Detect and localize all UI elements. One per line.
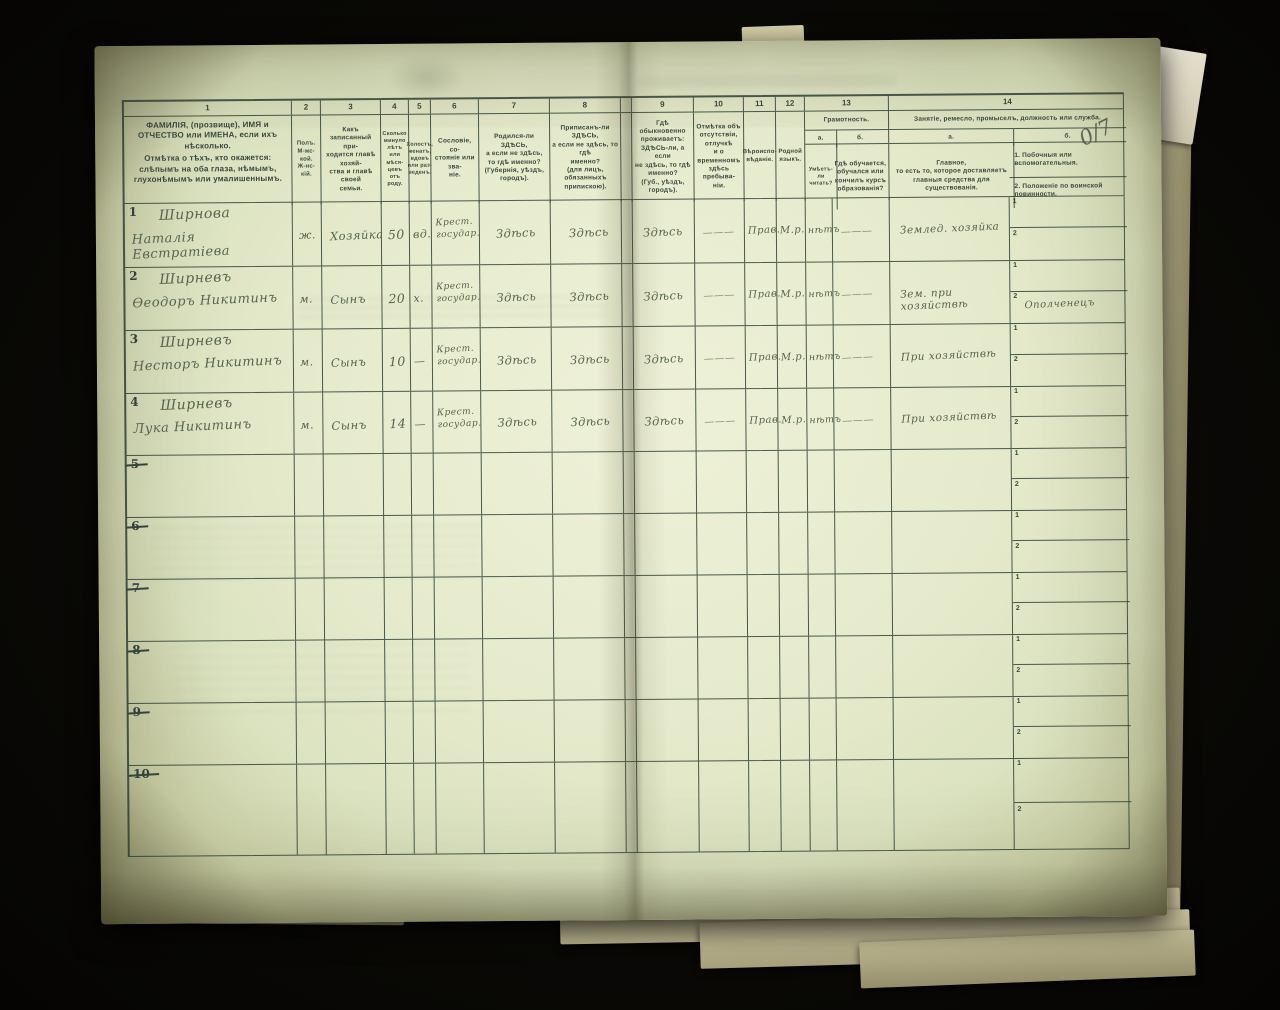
table-row: 3 Ширневъ Несторъ Никитинъ м. Сынъ 10 — … bbox=[124, 323, 1126, 394]
language-handwriting: М.р. bbox=[781, 414, 806, 426]
occupation-handwriting: При хозяйствѣ bbox=[901, 347, 997, 363]
header-col2-sex: Полъ. М-жс- кой. Ж-нс- кій. bbox=[292, 115, 322, 204]
residence-handwriting: Здѣсь bbox=[643, 224, 683, 240]
side-occupation-cell: 1 2 bbox=[1010, 196, 1127, 260]
side-occupation-cell: 1 2 bbox=[1014, 758, 1132, 849]
education-cell bbox=[835, 450, 892, 511]
marital-cell bbox=[413, 578, 435, 639]
marital-handwriting: х. bbox=[413, 292, 424, 305]
education-cell bbox=[837, 760, 895, 850]
residence-cell bbox=[635, 638, 698, 699]
surname-handwriting: Ширневъ bbox=[159, 332, 232, 351]
language-handwriting: М.р. bbox=[781, 351, 806, 363]
header-col8-registered: Приписанъ-ли ЗДѢСЬ, а если не здѣсь, то … bbox=[550, 113, 622, 203]
estate-cell bbox=[434, 515, 482, 576]
relation-cell bbox=[324, 516, 384, 577]
estate-handwriting: Крест. государ. bbox=[436, 344, 481, 369]
occupation-cell: При хозяйствѣ bbox=[891, 387, 1011, 449]
age-cell: 14 bbox=[383, 392, 411, 453]
reads-cell: нѣтъ bbox=[806, 262, 833, 324]
subrow-label-1: 1 bbox=[1013, 262, 1017, 269]
table-row: 1 Ширнова Наталія Евстратіева ж. Хозяйка… bbox=[123, 196, 1125, 268]
age-cell: 10 bbox=[383, 329, 411, 391]
absence-cell: ——— bbox=[695, 199, 745, 262]
subrow-label-2: 2 bbox=[1014, 419, 1018, 426]
subrow-label-2: 2 bbox=[1013, 293, 1017, 300]
table-row: 8 bbox=[126, 634, 1128, 704]
name-cell bbox=[129, 703, 297, 765]
side-occupation-cell: 1 2 bbox=[1014, 696, 1131, 758]
age-cell: 20 bbox=[382, 266, 410, 328]
religion-cell bbox=[749, 761, 782, 851]
age-handwriting: 10 bbox=[389, 353, 407, 369]
age-handwriting: 20 bbox=[388, 290, 406, 306]
registered-handwriting: Здѣсь bbox=[569, 288, 609, 304]
relation-handwriting: Сынъ bbox=[331, 355, 367, 371]
absence-cell bbox=[697, 451, 747, 512]
occupation-cell: Землед. хозяйка bbox=[890, 197, 1010, 261]
birthplace-cell: Здѣсь bbox=[481, 328, 552, 391]
birthplace-handwriting: Здѣсь bbox=[496, 289, 536, 305]
language-cell: М.р. bbox=[777, 199, 806, 262]
subrow-divider bbox=[1014, 725, 1131, 727]
estate-cell bbox=[435, 577, 483, 638]
birthplace-cell bbox=[483, 639, 554, 701]
residence-cell: Здѣсь bbox=[632, 264, 695, 326]
absence-cell bbox=[699, 699, 749, 760]
relation-cell bbox=[325, 640, 385, 701]
birthplace-handwriting: Здѣсь bbox=[497, 415, 537, 431]
column-number-7: 7 bbox=[479, 99, 550, 114]
registered-handwriting: Здѣсь bbox=[569, 225, 609, 241]
sex-cell bbox=[297, 702, 326, 763]
birthplace-handwriting: Здѣсь bbox=[497, 352, 537, 368]
registered-cell bbox=[555, 700, 626, 762]
reads-cell: нѣтъ bbox=[806, 198, 833, 261]
absence-cell: ——— bbox=[695, 263, 745, 325]
language-cell: М.р. bbox=[778, 389, 807, 450]
registered-cell: Здѣсь bbox=[551, 200, 622, 264]
side-occupation-cell: 1 2 bbox=[1013, 634, 1130, 696]
header-col4-age: Сколько минуло лѣтъ или мѣся- цевъ отъ р… bbox=[381, 115, 410, 204]
education-dash: ——— bbox=[841, 289, 873, 301]
registered-cell bbox=[555, 762, 627, 853]
registered-cell bbox=[554, 638, 625, 700]
residence-handwriting: Здѣсь bbox=[643, 288, 683, 304]
header-col6-estate: Сословіе, со- стояніе или зва- ніе. bbox=[431, 114, 480, 203]
subrow-label-1: 1 bbox=[1014, 325, 1018, 332]
education-cell: ——— bbox=[833, 198, 890, 261]
sex-handwriting: м. bbox=[300, 355, 314, 369]
subrow-divider bbox=[1014, 801, 1131, 803]
table-row: 6 bbox=[125, 510, 1127, 580]
relation-handwriting: Сынъ bbox=[330, 292, 366, 308]
sex-cell bbox=[295, 454, 324, 515]
occupation-cell bbox=[893, 635, 1013, 697]
name-cell bbox=[128, 641, 296, 703]
column-number-6: 6 bbox=[431, 99, 479, 113]
header-col7-birthplace: Родился-ли ЗДѢСЬ, а если не здѣсь, то гд… bbox=[479, 114, 551, 204]
subrow-label-1: 1 bbox=[1015, 450, 1019, 457]
name-cell bbox=[127, 455, 295, 517]
name-cell bbox=[129, 765, 298, 856]
absence-cell bbox=[697, 513, 747, 574]
subrow-divider bbox=[1013, 601, 1130, 603]
header-col3-relation: Какъ записанный при- ходится главѣ хозяй… bbox=[321, 115, 382, 204]
side-occupation-cell: 1 2 bbox=[1012, 448, 1129, 510]
absence-cell bbox=[699, 761, 750, 851]
surname-handwriting: Ширневъ bbox=[159, 269, 232, 288]
subrow-label-2: 2 bbox=[1015, 543, 1019, 550]
reads-cell bbox=[809, 636, 836, 697]
given-name-handwriting: Лука Никитинъ bbox=[133, 417, 252, 437]
name-cell: Ширневъ Несторъ Никитинъ bbox=[126, 330, 294, 393]
estate-cell bbox=[434, 453, 482, 514]
marital-handwriting: — bbox=[414, 355, 426, 368]
registered-handwriting: Здѣсь bbox=[570, 351, 610, 367]
registered-cell bbox=[554, 576, 625, 638]
registered-cell: Здѣсь bbox=[552, 327, 623, 390]
column-number-5: 5 bbox=[409, 100, 431, 114]
subrow-label-2: 2 bbox=[1013, 230, 1017, 237]
religion-cell: Прав. bbox=[746, 326, 778, 388]
column-number-8: 8 bbox=[550, 98, 621, 113]
absence-dash: ——— bbox=[704, 416, 736, 428]
age-cell bbox=[384, 516, 412, 577]
header-col1-title: ФАМИЛІЯ, (прозвище), ИМЯ и ОТЧЕСТВО или … bbox=[132, 120, 283, 152]
registered-cell: Здѣсь bbox=[551, 264, 622, 327]
marital-handwriting: — bbox=[414, 417, 426, 430]
subrow-label-1: 1 bbox=[1015, 512, 1019, 519]
photographed-census-document: 1 2 3 4 5 6 7 8 9 10 11 12 13 14 ФАМИЛІЯ… bbox=[0, 0, 1280, 1010]
education-cell bbox=[835, 512, 892, 573]
document-spread: 1 2 3 4 5 6 7 8 9 10 11 12 13 14 ФАМИЛІЯ… bbox=[0, 0, 1280, 1010]
column-number-12: 12 bbox=[776, 97, 805, 111]
marital-cell bbox=[412, 516, 434, 577]
name-cell bbox=[128, 579, 296, 641]
religion-cell bbox=[747, 513, 779, 574]
column-number-3: 3 bbox=[321, 100, 381, 114]
military-status-handwriting: Ополченецъ bbox=[1024, 298, 1095, 312]
column-number-10: 10 bbox=[694, 97, 744, 111]
birthplace-cell bbox=[484, 763, 556, 854]
subrow-label-2: 2 bbox=[1016, 605, 1020, 612]
header-col12-language: Родной языкъ. bbox=[776, 112, 806, 201]
estate-cell bbox=[435, 639, 483, 700]
birthplace-cell bbox=[483, 577, 554, 639]
birthplace-cell: Здѣсь bbox=[481, 391, 552, 453]
language-cell: М.р. bbox=[778, 326, 807, 388]
subrow-label-2: 2 bbox=[1014, 356, 1018, 363]
occupation-cell: При хозяйствѣ bbox=[891, 324, 1011, 387]
given-name-handwriting: Ѳеодоръ Никитинъ bbox=[132, 290, 278, 311]
birthplace-cell bbox=[484, 701, 555, 763]
age-cell bbox=[384, 454, 412, 515]
table-row: 5 bbox=[125, 448, 1127, 518]
language-cell bbox=[780, 575, 809, 636]
age-cell bbox=[386, 764, 415, 854]
side-occupation-cell: 1 2 bbox=[1013, 572, 1130, 634]
relation-cell bbox=[324, 454, 384, 515]
column-number-2: 2 bbox=[292, 100, 321, 114]
marital-cell: — bbox=[411, 329, 433, 391]
estate-handwriting: Крест. государ. bbox=[435, 217, 480, 242]
side-occupation-cell: 1 2 Ополченецъ bbox=[1010, 260, 1127, 323]
subrow-label-1: 1 bbox=[1013, 198, 1017, 205]
residence-cell: Здѣсь bbox=[633, 390, 696, 451]
language-handwriting: М.р. bbox=[780, 225, 805, 237]
language-cell bbox=[781, 761, 811, 851]
reads-cell bbox=[808, 450, 835, 511]
residence-cell bbox=[635, 576, 698, 637]
sex-cell: м. bbox=[293, 266, 322, 328]
header-col9-residence: Гдѣ обыкновенно проживаетъ: ЗДѢСЬ-ли, а … bbox=[631, 113, 695, 202]
table-header: 1 2 3 4 5 6 7 8 9 10 11 12 13 14 ФАМИЛІЯ… bbox=[122, 92, 1125, 204]
subrow-label-2: 2 bbox=[1017, 806, 1021, 813]
religion-handwriting: Прав. bbox=[748, 225, 781, 237]
education-dash: ——— bbox=[842, 352, 874, 364]
table-row: 10 bbox=[127, 758, 1130, 857]
header-text-band: ФАМИЛІЯ, (прозвище), ИМЯ и ОТЧЕСТВО или … bbox=[124, 109, 1124, 206]
occupation-cell bbox=[894, 697, 1014, 759]
age-handwriting: 50 bbox=[388, 227, 406, 243]
subrow-label-2: 2 bbox=[1015, 481, 1019, 488]
table-row: 4 Ширневъ Лука Никитинъ м. Сынъ 14 — Кре… bbox=[124, 386, 1126, 456]
header-col1-note: Отмѣтка о тѣхъ, кто окажется: слѣпымъ на… bbox=[132, 151, 283, 185]
occupation-handwriting: При хозяйствѣ bbox=[901, 410, 997, 426]
occupation-cell bbox=[892, 511, 1012, 573]
column-number-14: 14 bbox=[889, 94, 1126, 110]
table-row: 9 bbox=[127, 696, 1129, 766]
absence-cell: ——— bbox=[696, 389, 746, 450]
reads-cell bbox=[810, 760, 838, 850]
religion-handwriting: Прав. bbox=[749, 351, 782, 363]
column-number-1: 1 bbox=[124, 101, 292, 116]
education-cell: ——— bbox=[833, 262, 890, 324]
occupation-cell bbox=[893, 573, 1013, 635]
marital-cell bbox=[414, 764, 437, 854]
subrow-divider bbox=[1010, 290, 1127, 292]
subrow-label-1: 1 bbox=[1014, 388, 1018, 395]
language-handwriting: М.р. bbox=[780, 288, 805, 300]
religion-cell bbox=[748, 575, 780, 636]
language-cell: М.р. bbox=[777, 263, 806, 325]
surname-handwriting: Ширнова bbox=[158, 205, 230, 224]
side-occupation-cell: 1 2 bbox=[1011, 323, 1128, 386]
column-number-4: 4 bbox=[381, 100, 409, 114]
side-occupation-cell: 1 2 bbox=[1011, 386, 1128, 448]
relation-cell bbox=[326, 764, 387, 854]
sex-cell bbox=[295, 516, 324, 577]
education-dash: ——— bbox=[841, 225, 873, 237]
subrow-label-1: 1 bbox=[1016, 574, 1020, 581]
education-cell: ——— bbox=[834, 325, 891, 387]
birthplace-cell bbox=[482, 453, 553, 515]
language-cell bbox=[779, 451, 808, 512]
religion-handwriting: Прав. bbox=[749, 414, 782, 426]
registered-handwriting: Здѣсь bbox=[570, 414, 610, 430]
religion-cell bbox=[747, 451, 779, 512]
column-number-9: 9 bbox=[631, 98, 694, 112]
sex-handwriting: м. bbox=[299, 292, 313, 306]
table-row: 2 Ширневъ Ѳеодоръ Никитинъ м. Сынъ 20 х.… bbox=[123, 260, 1125, 331]
residence-cell: Здѣсь bbox=[633, 327, 696, 389]
sex-cell bbox=[296, 578, 325, 639]
relation-cell: Сынъ bbox=[323, 392, 383, 453]
birthplace-cell: Здѣсь bbox=[480, 201, 551, 265]
surname-handwriting: Ширневъ bbox=[160, 395, 233, 414]
estate-cell bbox=[436, 763, 485, 853]
subrow-divider bbox=[1011, 353, 1128, 355]
religion-cell: Прав. bbox=[745, 263, 777, 325]
header-col13-title: Грамотность. bbox=[805, 111, 888, 131]
language-cell bbox=[781, 699, 810, 760]
marital-handwriting: вд. bbox=[413, 228, 432, 242]
reads-cell: нѣтъ bbox=[807, 388, 834, 449]
subrow-label-2: 2 bbox=[1016, 667, 1020, 674]
estate-cell: Крест. государ. bbox=[432, 265, 480, 327]
education-dash: ——— bbox=[842, 414, 874, 426]
residence-cell: Здѣсь bbox=[632, 200, 695, 263]
age-cell bbox=[385, 578, 413, 639]
header-col5-marital: Холостъ, женатъ, вдовъ или раз- веденъ. bbox=[409, 115, 432, 204]
header-col13-literacy: Грамотность. а. б. Умѣетъ- ли читать? Гд… bbox=[805, 111, 890, 201]
birthplace-handwriting: Здѣсь bbox=[496, 225, 536, 241]
absence-dash: ——— bbox=[703, 226, 735, 238]
birthplace-cell bbox=[482, 515, 553, 577]
subrow-divider bbox=[1011, 415, 1128, 417]
sex-handwriting: ж. bbox=[299, 229, 317, 243]
subrow-label-1: 1 bbox=[1017, 698, 1021, 705]
age-cell bbox=[385, 640, 413, 701]
absence-cell: ——— bbox=[696, 326, 746, 388]
religion-cell: Прав. bbox=[746, 389, 778, 450]
estate-cell: Крест. государ. bbox=[433, 328, 481, 390]
registered-cell bbox=[553, 514, 624, 576]
residence-cell bbox=[634, 452, 697, 513]
education-cell bbox=[836, 574, 893, 635]
marital-cell bbox=[414, 702, 436, 763]
estate-cell bbox=[436, 701, 484, 762]
age-cell bbox=[386, 702, 414, 763]
relation-cell bbox=[325, 578, 385, 639]
language-cell bbox=[780, 637, 809, 698]
absence-dash: ——— bbox=[704, 353, 736, 365]
residence-handwriting: Здѣсь bbox=[644, 413, 684, 429]
religion-cell bbox=[749, 699, 781, 760]
relation-handwriting: Сынъ bbox=[331, 417, 367, 433]
subrow-divider bbox=[1013, 663, 1130, 665]
subrow-divider bbox=[1012, 539, 1129, 541]
relation-cell: Сынъ bbox=[322, 266, 382, 328]
header-col10-absence: Отмѣтка объ отсутствіи, отлучкѣ и о врем… bbox=[694, 112, 745, 201]
education-cell bbox=[837, 698, 894, 759]
name-cell bbox=[127, 517, 295, 579]
residence-handwriting: Здѣсь bbox=[644, 351, 684, 367]
birthplace-cell: Здѣсь bbox=[480, 265, 551, 328]
residence-cell bbox=[636, 700, 699, 761]
sex-cell bbox=[296, 640, 325, 701]
header-col11-religion: Вѣроиспо- вѣданіе. bbox=[744, 112, 777, 201]
column-number-13: 13 bbox=[805, 96, 889, 111]
given-name-handwriting: Несторъ Никитинъ bbox=[133, 353, 283, 374]
relation-cell bbox=[326, 702, 386, 763]
table-row: 7 bbox=[126, 572, 1128, 642]
subrow-label-1: 1 bbox=[1016, 636, 1020, 643]
occupation-cell bbox=[892, 449, 1012, 511]
reads-cell bbox=[808, 512, 835, 573]
relation-cell: Сынъ bbox=[323, 329, 383, 391]
religion-cell bbox=[748, 637, 780, 698]
name-cell: Ширнова Наталія Евстратіева bbox=[125, 203, 293, 267]
estate-handwriting: Крест. государ. bbox=[437, 406, 482, 431]
language-cell bbox=[779, 513, 808, 574]
reads-cell bbox=[809, 574, 836, 635]
age-cell: 50 bbox=[382, 202, 410, 265]
marital-cell: вд. bbox=[410, 202, 432, 265]
sex-cell bbox=[297, 764, 327, 854]
registered-cell bbox=[553, 452, 624, 514]
age-handwriting: 14 bbox=[389, 416, 407, 432]
residence-cell bbox=[634, 514, 697, 575]
religion-handwriting: Прав. bbox=[748, 288, 781, 300]
name-cell: Ширневъ Лука Никитинъ bbox=[126, 393, 294, 455]
column-number-11: 11 bbox=[744, 97, 776, 111]
sex-cell: м. bbox=[294, 329, 323, 391]
name-cell: Ширневъ Ѳеодоръ Никитинъ bbox=[125, 267, 293, 330]
sex-handwriting: м. bbox=[300, 418, 314, 432]
estate-handwriting: Крест. государ. bbox=[436, 281, 481, 306]
estate-cell: Крест. государ. bbox=[432, 201, 480, 264]
education-cell bbox=[836, 636, 893, 697]
relation-cell: Хозяйка bbox=[322, 202, 382, 265]
sex-cell: м. bbox=[294, 392, 323, 453]
subrow-divider bbox=[1012, 477, 1129, 479]
marital-cell bbox=[412, 454, 434, 515]
given-name-handwriting: Наталія Евстратіева bbox=[131, 226, 292, 263]
marital-cell bbox=[413, 640, 435, 701]
registered-cell: Здѣсь bbox=[552, 390, 623, 452]
education-cell: ——— bbox=[834, 388, 891, 449]
estate-cell: Крест. государ. bbox=[433, 391, 481, 452]
absence-dash: ——— bbox=[703, 290, 735, 302]
occupation-cell bbox=[894, 759, 1015, 850]
occupation-cell: Зем. при хозяйствѣ bbox=[890, 261, 1010, 324]
side-occupation-cell: 1 2 bbox=[1012, 510, 1129, 572]
subrow-label-1: 1 bbox=[1017, 760, 1021, 767]
table-body: 1 Ширнова Наталія Евстратіева ж. Хозяйка… bbox=[0, 0, 1276, 5]
marital-cell: х. bbox=[410, 266, 432, 328]
residence-cell bbox=[636, 762, 700, 852]
reads-cell: нѣтъ bbox=[807, 325, 834, 387]
religion-cell: Прав. bbox=[745, 199, 777, 262]
subrow-divider bbox=[1010, 226, 1127, 228]
reads-cell bbox=[810, 698, 837, 759]
relation-handwriting: Хозяйка bbox=[330, 228, 384, 244]
occupation-handwriting: Зем. при хозяйствѣ bbox=[900, 284, 1010, 313]
sex-cell: ж. bbox=[293, 202, 322, 265]
occupation-handwriting: Землед. хозяйка bbox=[900, 221, 1000, 237]
absence-cell bbox=[698, 637, 748, 698]
subrow-label-2: 2 bbox=[1017, 729, 1021, 736]
header-col1: ФАМИЛІЯ, (прозвище), ИМЯ и ОТЧЕСТВО или … bbox=[124, 116, 293, 206]
absence-cell bbox=[698, 575, 748, 636]
marital-cell: — bbox=[411, 392, 433, 453]
